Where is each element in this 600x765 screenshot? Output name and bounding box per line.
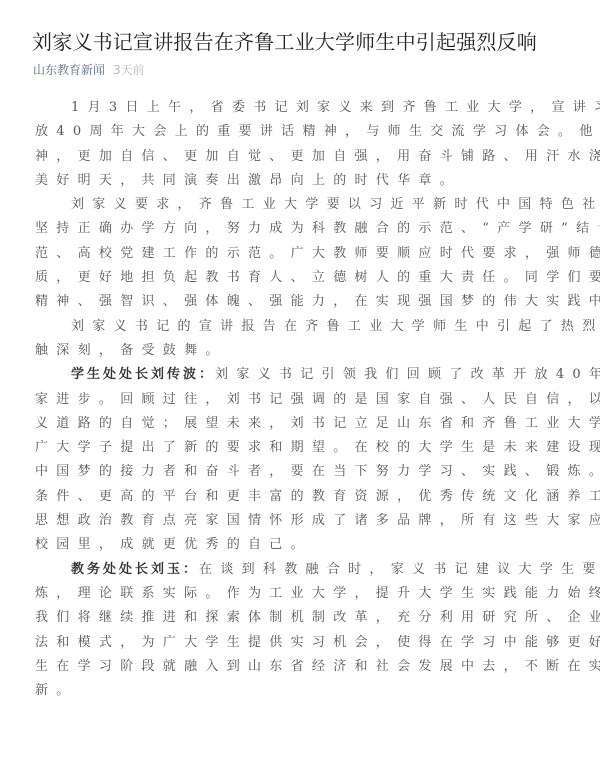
text-line: 法和模式，为广大学生提供实习机会，使得在学习中能够更好地理论联系实际，让大学 (35, 631, 580, 655)
text-line: 刘家义要求，齐鲁工业大学要以习近平新时代中国特色社会主义思想为指导，始终 (35, 193, 580, 217)
text-line: 新。 (35, 679, 580, 703)
quote-text: 在谈到科教融合时，家义书记建议大学生要加强实践环节的锻 (199, 562, 600, 577)
paragraph-quote: 教务处处长刘玉：在谈到科教融合时，家义书记建议大学生要加强实践环节的锻 炼，理论… (35, 558, 580, 704)
text-line: 坚持正确办学方向，努力成为科教融合的示范、“产学研”结合的示范、体制创新的示 (35, 217, 580, 241)
article-body: 1月3日上午，省委书记刘家义来到齐鲁工业大学，宣讲习近平总书记在庆祝改革开 放4… (35, 96, 580, 703)
paragraph-quote: 学生处处长刘传波：刘家义书记引领我们回顾了改革开放40年来的社会变迁和国 家进步… (35, 363, 580, 557)
article-meta: 山东教育新闻3天前 (33, 61, 145, 78)
article-source[interactable]: 山东教育新闻 (33, 63, 105, 77)
text-line: 中国梦的接力者和奋斗者，要在当下努力学习、实践、锻炼。科教融合形成了更优越的 (35, 460, 580, 484)
text-line: 广大学子提出了新的要求和期望。在校的大学生是未来建设现代化强国、实现民族复兴 (35, 436, 580, 460)
text-line: 精神、强智识、强体魄、强能力，在实现强国梦的伟大实践中书写精彩人生。 (35, 290, 580, 314)
text-line: 家进步。回顾过往，刘书记强调的是国家自强、人民自信，以及坚定走中国特色社会主 (35, 388, 580, 412)
text-line: 生在学习阶段就融入到山东省经济和社会发展中去，不断在实践中提升、在实践中创 (35, 655, 580, 679)
article-title: 刘家义书记宣讲报告在齐鲁工业大学师生中引起强烈反响 (32, 26, 537, 55)
speaker-label: 学生处处长刘传波： (71, 367, 215, 382)
text-line: 范、高校党建工作的示范。广大教师要顺应时代要求，强师德、强师能，提升自身素 (35, 242, 580, 266)
article-time: 3天前 (113, 63, 145, 77)
text-line: 思想政治教育点亮家国情怀形成了诸多品牌，所有这些大家应当善加利用，在新工大的 (35, 509, 580, 533)
text-line: 我们将继续推进和探索体制机制改革，充分利用研究所、企业等社会资源，改革教学方 (35, 606, 580, 630)
text-line: 条件、更高的平台和更丰富的教育资源，优秀传统文化涵养工大文化塑造了校园风尚， (35, 485, 580, 509)
text-line: 神，更加自信、更加自觉、更加自强，用奋斗铺路、用汗水浇灌，努力创造属于自己的 (35, 145, 580, 169)
paragraph: 刘家义书记的宣讲报告在齐鲁工业大学师生中引起了热烈反响，大家普遍表示，感 触深刻… (35, 315, 580, 364)
text-line: 刘家义书记的宣讲报告在齐鲁工业大学师生中引起了热烈反响，大家普遍表示，感 (35, 315, 580, 339)
paragraph: 刘家义要求，齐鲁工业大学要以习近平新时代中国特色社会主义思想为指导，始终 坚持正… (35, 193, 580, 314)
text-line: 放40周年大会上的重要讲话精神，与师生交流学习体会。他强调，要弘扬伟大梦想精 (35, 120, 580, 144)
paragraph: 1月3日上午，省委书记刘家义来到齐鲁工业大学，宣讲习近平总书记在庆祝改革开 放4… (35, 96, 580, 193)
text-line: 炼，理论联系实际。作为工业大学，提升大学生实践能力始终要放在重要位置。今后， (35, 582, 580, 606)
text-line: 1月3日上午，省委书记刘家义来到齐鲁工业大学，宣讲习近平总书记在庆祝改革开 (35, 96, 580, 120)
text-line: 美好明天，共同演奏出激昂向上的时代华章。 (35, 169, 580, 193)
text-line: 触深刻，备受鼓舞。 (35, 339, 580, 363)
text-line: 质，更好地担负起教书育人、立德树人的重大责任。同学们要不负时代，奋发图强，强 (35, 266, 580, 290)
text-line: 教务处处长刘玉：在谈到科教融合时，家义书记建议大学生要加强实践环节的锻 (35, 558, 580, 582)
quote-text: 刘家义书记引领我们回顾了改革开放40年来的社会变迁和国 (215, 367, 600, 382)
text-line: 学生处处长刘传波：刘家义书记引领我们回顾了改革开放40年来的社会变迁和国 (35, 363, 580, 387)
text-line: 校园里，成就更优秀的自己。 (35, 533, 580, 557)
speaker-label: 教务处处长刘玉： (71, 562, 199, 577)
text-line: 义道路的自觉；展望未来，刘书记立足山东省和齐鲁工业大学的实际，给学校、教师和 (35, 412, 580, 436)
